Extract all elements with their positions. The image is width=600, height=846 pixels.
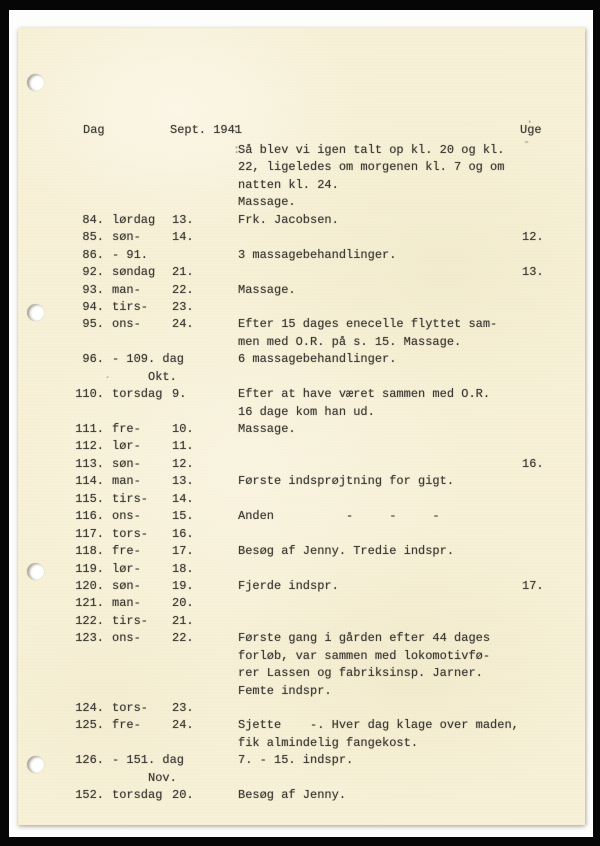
diary-rows: Så blev vi igen talt op kl. 20 og kl. 22… (18, 142, 585, 805)
stray-mark: - (523, 134, 530, 151)
entry-date: 15. (172, 508, 194, 525)
punch-hole (27, 756, 44, 773)
entry-number: 110. (68, 386, 104, 403)
entry-date: 23. (172, 299, 194, 316)
entry-number: 92. (68, 264, 104, 281)
entry-text: Besøg af Jenny. (238, 787, 346, 804)
typewritten-content: Dag Sept. 1941 Uge Så blev vi igen talt … (18, 28, 585, 825)
entry-weekday: tors- (112, 700, 148, 717)
entry-date: 22. (172, 630, 194, 647)
diary-row: 117. tors- 16. (18, 526, 585, 543)
entry-date: 14. (172, 491, 194, 508)
entry-number: 96. (68, 351, 104, 368)
entry-number: 93. (68, 282, 104, 299)
entry-date: 14. (172, 229, 194, 246)
entry-date: 11. (172, 438, 194, 455)
entry-date: 10. (172, 421, 194, 438)
entry-text: 22, ligeledes om morgenen kl. 7 og om (238, 159, 504, 176)
entry-date: 20. (172, 595, 194, 612)
diary-row: 116. ons- 15. Anden - - - (18, 508, 585, 525)
entry-text: 16 dage kom han ud. (238, 404, 375, 421)
entry-weekday: - 91. (112, 247, 148, 264)
entry-text: Massage. (238, 194, 296, 211)
entry-number: 112. (68, 438, 104, 455)
entry-weekday: tors- (112, 526, 148, 543)
entry-weekday: man- (112, 282, 141, 299)
diary-row: 84. lørdag 13. Frk. Jacobsen. (18, 212, 585, 229)
diary-row: 93. man- 22. Massage. (18, 282, 585, 299)
entry-week: 13. (522, 264, 544, 281)
diary-row: 16 dage kom han ud. (18, 404, 585, 421)
entry-weekday: - 151. dag (112, 752, 184, 769)
entry-number: 84. (68, 212, 104, 229)
entry-month: Okt. (148, 369, 177, 386)
entry-text: Efter at have været sammen med O.R. (238, 386, 490, 403)
diary-row: Så blev vi igen talt op kl. 20 og kl. (18, 142, 585, 159)
punch-hole (27, 563, 44, 580)
entry-number: 122. (68, 613, 104, 630)
diary-row: 119. lør- 18. (18, 561, 585, 578)
entry-date: 19. (172, 578, 194, 595)
diary-row: 22, ligeledes om morgenen kl. 7 og om (18, 159, 585, 176)
entry-text: 3 massagebehandlinger. (238, 247, 396, 264)
entry-date: 22. (172, 282, 194, 299)
entry-text: fik almindelig fangekost. (238, 735, 418, 752)
entry-date: 9. (172, 386, 186, 403)
entry-text: rer Lassen og fabriksinsp. Jarner. (238, 665, 483, 682)
diary-row: 125. fre- 24. Sjette -. Hver dag klage o… (18, 717, 585, 734)
entry-text: Første indsprøjtning for gigt. (238, 473, 454, 490)
scanner-margin: Dag Sept. 1941 Uge Så blev vi igen talt … (9, 10, 593, 837)
diary-row: 121. man- 20. (18, 595, 585, 612)
entry-text: forløb, var sammen med lokomotivfø- (238, 648, 490, 665)
stray-mark: · (526, 114, 533, 131)
entry-number: 123. (68, 630, 104, 647)
entry-text: Efter 15 dages enecelle flyttet sam- (238, 316, 497, 333)
entry-month: Nov. (148, 770, 177, 787)
diary-row: 113. søn- 12. 16. (18, 456, 585, 473)
entry-number: 94. (68, 299, 104, 316)
diary-row: 85. søn- 14. 12. (18, 229, 585, 246)
entry-weekday: torsdag (112, 787, 162, 804)
entry-weekday: tirs- (112, 299, 148, 316)
entry-weekday: tirs- (112, 613, 148, 630)
entry-date: 20. (172, 787, 194, 804)
diary-row: 120. søn- 19. Fjerde indspr. 17. (18, 578, 585, 595)
stray-mark: ´ (104, 374, 111, 391)
entry-number: 152. (68, 787, 104, 804)
diary-row: fik almindelig fangekost. (18, 735, 585, 752)
entry-date: 24. (172, 316, 194, 333)
entry-number: 111. (68, 421, 104, 438)
entry-text: Besøg af Jenny. Tredie indspr. (238, 543, 454, 560)
entry-number: 120. (68, 578, 104, 595)
entry-weekday: torsdag (112, 386, 162, 403)
entry-weekday: man- (112, 595, 141, 612)
entry-weekday: lør- (112, 438, 141, 455)
entry-number: 85. (68, 229, 104, 246)
entry-weekday: ons- (112, 508, 141, 525)
diary-row: men med O.R. på s. 15. Massage. (18, 334, 585, 351)
entry-date: 13. (172, 212, 194, 229)
entry-date: 18. (172, 561, 194, 578)
entry-weekday: søn- (112, 578, 141, 595)
diary-row: 122. tirs- 21. (18, 613, 585, 630)
entry-date: 23. (172, 700, 194, 717)
diary-row: Massage. (18, 194, 585, 211)
diary-row: 124. tors- 23. (18, 700, 585, 717)
entry-weekday: - 109. dag (112, 351, 184, 368)
entry-week: 17. (522, 578, 544, 595)
entry-weekday: fre- (112, 717, 141, 734)
entry-number: 126. (68, 752, 104, 769)
diary-row: natten kl. 24. (18, 177, 585, 194)
diary-row: Femte indspr. (18, 683, 585, 700)
diary-row: 95. ons- 24. Efter 15 dages enecelle fly… (18, 316, 585, 333)
entry-text: Anden - - - (238, 508, 440, 525)
diary-row: 96. - 109. dag 6 massagebehandlinger. (18, 351, 585, 368)
entry-weekday: tirs- (112, 491, 148, 508)
entry-text: Sjette -. Hver dag klage over maden, (238, 717, 519, 734)
entry-text: 7. - 15. indspr. (238, 752, 353, 769)
entry-text: Frk. Jacobsen. (238, 212, 339, 229)
diary-row: 94. tirs- 23. (18, 299, 585, 316)
entry-weekday: fre- (112, 421, 141, 438)
diary-row: 118. fre- 17. Besøg af Jenny. Tredie ind… (18, 543, 585, 560)
entry-weekday: man- (112, 473, 141, 490)
diary-row: 112. lør- 11. (18, 438, 585, 455)
document-page: Dag Sept. 1941 Uge Så blev vi igen talt … (18, 28, 585, 825)
entry-date: 21. (172, 613, 194, 630)
entry-text: natten kl. 24. (238, 177, 339, 194)
punch-hole (27, 304, 44, 321)
header-day-column: Dag (83, 122, 105, 139)
entry-weekday: søn- (112, 456, 141, 473)
entry-date: 24. (172, 717, 194, 734)
entry-text: men med O.R. på s. 15. Massage. (238, 334, 461, 351)
scanned-document: { "colors":{ "frame":"#060606", "mat":"#… (0, 0, 600, 846)
stray-mark: : (232, 121, 239, 138)
diary-row: 92. søndag 21. 13. (18, 264, 585, 281)
entry-number: 117. (68, 526, 104, 543)
diary-row: 111. fre- 10. Massage. (18, 421, 585, 438)
entry-number: 86. (68, 247, 104, 264)
entry-text: Femte indspr. (238, 683, 332, 700)
table-header: Dag Sept. 1941 Uge (18, 122, 585, 140)
entry-text: Massage. (238, 421, 296, 438)
entry-text: Så blev vi igen talt op kl. 20 og kl. (238, 142, 504, 159)
entry-weekday: lør- (112, 561, 141, 578)
entry-date: 17. (172, 543, 194, 560)
entry-date: 12. (172, 456, 194, 473)
entry-number: 121. (68, 595, 104, 612)
diary-row: 126. - 151. dag 7. - 15. indspr. (18, 752, 585, 769)
diary-row: rer Lassen og fabriksinsp. Jarner. (18, 665, 585, 682)
entry-number: 116. (68, 508, 104, 525)
entry-number: 118. (68, 543, 104, 560)
punch-hole (27, 74, 44, 91)
entry-number: 119. (68, 561, 104, 578)
entry-weekday: fre- (112, 543, 141, 560)
entry-week: 16. (522, 456, 544, 473)
entry-weekday: ons- (112, 630, 141, 647)
entry-date: 13. (172, 473, 194, 490)
entry-text: Første gang i gården efter 44 dages (238, 630, 490, 647)
entry-weekday: lørdag (112, 212, 155, 229)
entry-text: 6 massagebehandlinger. (238, 351, 396, 368)
entry-number: 124. (68, 700, 104, 717)
entry-number: 114. (68, 473, 104, 490)
diary-row: 86. - 91. 3 massagebehandlinger. (18, 247, 585, 264)
entry-number: 95. (68, 316, 104, 333)
entry-date: 21. (172, 264, 194, 281)
diary-row: forløb, var sammen med lokomotivfø- (18, 648, 585, 665)
entry-weekday: ons- (112, 316, 141, 333)
entry-number: 113. (68, 456, 104, 473)
diary-row: 123. ons- 22. Første gang i gården efter… (18, 630, 585, 647)
diary-row: 114. man- 13. Første indsprøjtning for g… (18, 473, 585, 490)
entry-weekday: søn- (112, 229, 141, 246)
entry-date: 16. (172, 526, 194, 543)
diary-row: 115. tirs- 14. (18, 491, 585, 508)
entry-week: 12. (522, 229, 544, 246)
entry-text: Massage. (238, 282, 296, 299)
entry-text: Fjerde indspr. (238, 578, 339, 595)
diary-row: 152. torsdag 20. Besøg af Jenny. (18, 787, 585, 804)
entry-number: 125. (68, 717, 104, 734)
stray-mark: : (233, 142, 240, 159)
diary-row: Nov. (18, 770, 585, 787)
entry-number: 115. (68, 491, 104, 508)
entry-weekday: søndag (112, 264, 155, 281)
